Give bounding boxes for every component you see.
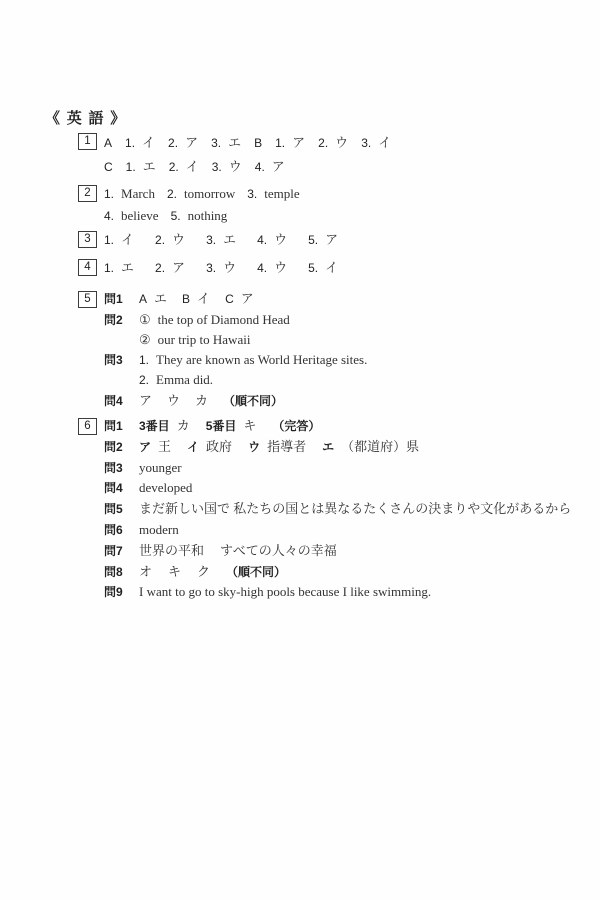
answer-cell: younger (139, 458, 182, 478)
answer-cells: younger (139, 458, 182, 478)
answer-key-segment: 1. (104, 257, 114, 279)
answer-cell: ア (139, 391, 152, 411)
answer-cell: すべての人々の幸福 (220, 541, 337, 561)
answer-value-segment: エ (121, 257, 134, 279)
answer-value-segment: our trip to Hawaii (158, 330, 251, 350)
answer-cell: 4.ウ (257, 257, 287, 279)
answer-value-segment: ア (292, 131, 305, 154)
answer-cells: 1.エ2.ア3.ウ4.ウ5.イ (104, 257, 338, 279)
answer-value-segment: March (121, 183, 155, 205)
answer-cell: エ（都道府）県 (322, 437, 419, 458)
answer-cells: 1.March2.tomorrow3.temple (104, 183, 300, 205)
answer-row: 問9I want to go to sky-high pools because… (104, 582, 571, 603)
answer-value-segment: カ (195, 391, 208, 411)
answer-value-segment: ウ (229, 155, 242, 178)
section-rows: A1.イ2.ア3.エB1.ア2.ウ3.イC1.エ2.イ3.ウ4.ア (104, 131, 391, 179)
answer-value-segment: 世界の平和 (139, 541, 204, 561)
answer-key-segment: 3. (361, 132, 371, 155)
question-label: 問2 (104, 438, 139, 458)
answer-value-segment: オ (139, 562, 152, 582)
section-rows: 1.エ2.ア3.ウ4.ウ5.イ (104, 257, 338, 279)
answer-value-segment: カ (177, 416, 190, 436)
answer-key-segment: 3. (211, 132, 221, 155)
answer-row: 問8オキク（順不同） (104, 562, 571, 583)
answer-value-segment: Emma did. (156, 370, 213, 390)
answer-key-segment: 5. (308, 229, 318, 251)
answer-value-segment: ウ (223, 257, 236, 279)
answer-key-segment: C (225, 290, 234, 310)
answer-row: 問2①the top of Diamond Head (104, 310, 367, 331)
question-label: 問9 (104, 583, 139, 603)
section-rows: 1.March2.tomorrow3.temple4.believe5.noth… (104, 183, 300, 227)
answer-row: 問1AエBイCア (104, 289, 367, 310)
section-block: 5問1AエBイCア問2①the top of Diamond Head②our … (78, 289, 367, 412)
answer-cell: 1.ア (275, 131, 305, 155)
question-label: 問5 (104, 500, 139, 520)
answer-value-segment: イ (186, 155, 199, 178)
question-label: 問8 (104, 563, 139, 583)
answer-value-segment: ア (172, 257, 185, 279)
question-label: 問3 (104, 459, 139, 479)
question-label: 問1 (104, 417, 139, 437)
answer-cell: 世界の平和 (139, 541, 204, 561)
answer-cell: 3.エ (206, 229, 236, 251)
section-rows: 1.イ2.ウ3.エ4.ウ5.ア (104, 229, 338, 251)
answer-cells: A1.イ2.ア3.エB1.ア2.ウ3.イ (104, 131, 391, 155)
answer-cell: キ (168, 562, 181, 582)
answer-key-segment: 3. (212, 156, 222, 179)
section-number-box: 4 (78, 259, 97, 276)
answer-key-segment: （順不同） (223, 392, 283, 412)
answer-value-segment: エ (228, 131, 241, 154)
section-block: 41.エ2.ア3.ウ4.ウ5.イ (78, 257, 338, 279)
answer-value-segment: ク (197, 562, 210, 582)
answer-value-segment: ウ (274, 257, 287, 279)
answer-key-segment: イ (187, 438, 199, 458)
answer-cells: AエBイCア (139, 289, 254, 310)
answer-cell: 4.ア (255, 155, 285, 179)
answer-key-segment: 2. (155, 257, 165, 279)
section-block: 6問13番目カ5番目キ（完答）問2ア王イ政府ウ指導者エ（都道府）県問3young… (78, 416, 571, 603)
answer-cell: I want to go to sky-high pools because I… (139, 582, 431, 602)
answer-key-segment: 3. (206, 257, 216, 279)
answer-value-segment: ② (139, 330, 151, 350)
answer-cell: ②our trip to Hawaii (139, 330, 250, 350)
answer-value-segment: believe (121, 205, 159, 227)
answer-cell: ウ (167, 391, 180, 411)
answer-row: 問4アウカ（順不同） (104, 391, 367, 412)
answer-cell: developed (139, 478, 192, 498)
answer-cells: 3番目カ5番目キ（完答） (139, 416, 320, 437)
answer-row: 問3younger (104, 458, 571, 479)
answer-row: 4.believe5.nothing (104, 205, 300, 227)
question-label: 問6 (104, 521, 139, 541)
answer-cell: 2.ア (155, 257, 185, 279)
answer-row: 問4developed (104, 478, 571, 499)
answer-key-segment: 2. (155, 229, 165, 251)
answer-cell: C (104, 156, 113, 179)
answer-cell: 3番目カ (139, 416, 190, 437)
answer-cell: （順不同） (226, 563, 286, 583)
answer-row: 問31.They are known as World Heritage sit… (104, 350, 367, 371)
answer-row: 1.イ2.ウ3.エ4.ウ5.ア (104, 229, 338, 251)
answer-cell: B (254, 132, 262, 155)
answer-cell: 4.ウ (257, 229, 287, 251)
answer-row: 2.Emma did. (104, 370, 367, 391)
section-number-box: 2 (78, 185, 97, 202)
answer-cell: 1.イ (125, 131, 155, 155)
answer-key-segment: 1. (104, 183, 114, 205)
answer-value-segment: tomorrow (184, 183, 235, 205)
answer-row: A1.イ2.ア3.エB1.ア2.ウ3.イ (104, 131, 391, 155)
answer-cell: 3.イ (361, 131, 391, 155)
answer-cell: 1.They are known as World Heritage sites… (139, 350, 367, 371)
answer-value-segment: ア (185, 131, 198, 154)
answer-value-segment: modern (139, 520, 179, 540)
answer-cells: 2.Emma did. (139, 370, 213, 391)
answer-value-segment: temple (264, 183, 299, 205)
answer-key-segment: 1. (104, 229, 114, 251)
answer-key-segment: B (254, 132, 262, 155)
answer-value-segment: ウ (274, 229, 287, 251)
answer-cells: developed (139, 478, 192, 498)
answer-key-segment: 5番目 (206, 417, 237, 437)
answer-cell: 1.イ (104, 229, 134, 251)
answer-key-segment: B (182, 290, 190, 310)
answer-cell: 2.Emma did. (139, 370, 213, 391)
answer-cells: オキク（順不同） (139, 562, 286, 583)
answer-key-segment: 5. (171, 205, 181, 227)
answer-row: 1.March2.tomorrow3.temple (104, 183, 300, 205)
answer-cells: modern (139, 520, 179, 540)
answer-cells: ア王イ政府ウ指導者エ（都道府）県 (139, 437, 419, 458)
answer-key-segment: 1. (139, 351, 149, 371)
answer-key-segment: 2. (169, 156, 179, 179)
answer-row: C1.エ2.イ3.ウ4.ア (104, 155, 391, 179)
answer-value-segment: ウ (335, 131, 348, 154)
answer-cell: ク (197, 562, 210, 582)
answer-key-segment: C (104, 156, 113, 179)
answer-cell: （完答） (272, 417, 320, 437)
section-block: 21.March2.tomorrow3.temple4.believe5.not… (78, 183, 300, 227)
answer-key-segment: 1. (125, 132, 135, 155)
answer-cell: 4.believe (104, 205, 159, 227)
answer-value-segment: （都道府）県 (341, 437, 419, 457)
answer-row: 問2ア王イ政府ウ指導者エ（都道府）県 (104, 437, 571, 458)
answer-key-segment: 1. (126, 156, 136, 179)
question-label: 問2 (104, 311, 139, 331)
answer-key-segment: ア (139, 438, 151, 458)
answer-key-segment: A (139, 290, 147, 310)
answer-cell: 3.エ (211, 131, 241, 155)
answer-cell: Cア (225, 289, 254, 310)
answer-cell: ア王 (139, 437, 171, 458)
section-number-box: 6 (78, 418, 97, 435)
answer-cell: 3.temple (247, 183, 299, 205)
answer-row: 問13番目カ5番目キ（完答） (104, 416, 571, 437)
question-label: 問4 (104, 392, 139, 412)
answer-cells: ②our trip to Hawaii (139, 330, 250, 350)
answer-row: ②our trip to Hawaii (104, 330, 367, 350)
answer-value-segment: イ (378, 131, 391, 154)
answer-cells: 4.believe5.nothing (104, 205, 227, 227)
answer-cell: 2.tomorrow (167, 183, 235, 205)
answer-cells: 1.They are known as World Heritage sites… (139, 350, 367, 371)
answer-cell: 2.イ (169, 155, 199, 179)
answer-value-segment: ア (241, 289, 254, 309)
answer-cell: 1.エ (104, 257, 134, 279)
section-block: 1A1.イ2.ア3.エB1.ア2.ウ3.イC1.エ2.イ3.ウ4.ア (78, 131, 391, 179)
answer-value-segment: ア (325, 229, 338, 251)
answer-cell: 5.nothing (171, 205, 228, 227)
section-rows: 問1AエBイCア問2①the top of Diamond Head②our t… (104, 289, 367, 412)
answer-sheet-page: 《 英 語 》 1A1.イ2.ア3.エB1.ア2.ウ3.イC1.エ2.イ3.ウ4… (0, 0, 600, 900)
answer-cell: Bイ (182, 289, 210, 310)
answer-value-segment: ア (139, 391, 152, 411)
answer-key-segment: A (104, 132, 112, 155)
answer-cell: 2.ア (168, 131, 198, 155)
answer-key-segment: 3番目 (139, 417, 170, 437)
answer-value-segment: イ (197, 289, 210, 309)
answer-value-segment: I want to go to sky-high pools because I… (139, 582, 431, 602)
answer-cell: modern (139, 520, 179, 540)
answer-value-segment: イ (142, 131, 155, 154)
answer-cells: まだ新しい国で 私たちの国とは異なるたくさんの決まりや文化があるから (139, 499, 571, 519)
answer-key-segment: ウ (248, 438, 260, 458)
answer-key-segment: 4. (257, 257, 267, 279)
answer-cell: 5.イ (308, 257, 338, 279)
page-title: 《 英 語 》 (45, 107, 127, 128)
answer-value-segment: イ (121, 229, 134, 251)
section-number-box: 1 (78, 133, 97, 150)
answer-key-segment: 1. (275, 132, 285, 155)
answer-value-segment: ① (139, 310, 151, 330)
question-label: 問1 (104, 290, 139, 310)
answer-value-segment: 指導者 (267, 437, 306, 457)
answer-cells: C1.エ2.イ3.ウ4.ア (104, 155, 285, 179)
answer-key-segment: 4. (255, 156, 265, 179)
answer-value-segment: イ (325, 257, 338, 279)
answer-value-segment: younger (139, 458, 182, 478)
answer-key-segment: 3. (206, 229, 216, 251)
answer-value-segment: キ (243, 416, 256, 436)
answer-value-segment: ウ (167, 391, 180, 411)
answer-cell: 2.ウ (318, 131, 348, 155)
answer-cell: 3.ウ (206, 257, 236, 279)
answer-key-segment: （順不同） (226, 563, 286, 583)
question-label: 問4 (104, 479, 139, 499)
answer-cell: カ (195, 391, 208, 411)
answer-row: 問6modern (104, 520, 571, 541)
answer-cell: まだ新しい国で 私たちの国とは異なるたくさんの決まりや文化があるから (139, 499, 571, 519)
answer-key-segment: 2. (318, 132, 328, 155)
answer-cells: I want to go to sky-high pools because I… (139, 582, 431, 602)
answer-row: 問7世界の平和すべての人々の幸福 (104, 541, 571, 562)
answer-key-segment: 5. (308, 257, 318, 279)
answer-key-segment: 4. (104, 205, 114, 227)
answer-value-segment: nothing (188, 205, 228, 227)
answer-key-segment: 2. (139, 371, 149, 391)
answer-cells: ①the top of Diamond Head (139, 310, 290, 330)
answer-key-segment: 4. (257, 229, 267, 251)
answer-cell: A (104, 132, 112, 155)
question-label: 問7 (104, 542, 139, 562)
answer-cell: 1.エ (126, 155, 156, 179)
answer-cell: 2.ウ (155, 229, 185, 251)
answer-value-segment: キ (168, 562, 181, 582)
section-number-box: 3 (78, 231, 97, 248)
answer-cell: Aエ (139, 289, 167, 310)
answer-value-segment: まだ新しい国で 私たちの国とは異なるたくさんの決まりや文化があるから (139, 499, 571, 519)
answer-row: 1.エ2.ア3.ウ4.ウ5.イ (104, 257, 338, 279)
question-label: 問3 (104, 351, 139, 371)
answer-cell: 3.ウ (212, 155, 242, 179)
section-rows: 問13番目カ5番目キ（完答）問2ア王イ政府ウ指導者エ（都道府）県問3younge… (104, 416, 571, 603)
answer-key-segment: 2. (168, 132, 178, 155)
section-number-box: 5 (78, 291, 97, 308)
section-block: 31.イ2.ウ3.エ4.ウ5.ア (78, 229, 338, 251)
answer-value-segment: They are known as World Heritage sites. (156, 350, 367, 370)
answer-cell: ウ指導者 (248, 437, 306, 458)
answer-key-segment: （完答） (272, 417, 320, 437)
answer-key-segment: エ (322, 438, 334, 458)
answer-cell: （順不同） (223, 392, 283, 412)
answer-value-segment: エ (223, 229, 236, 251)
answer-cell: 5.ア (308, 229, 338, 251)
answer-cells: アウカ（順不同） (139, 391, 283, 412)
answer-cell: ①the top of Diamond Head (139, 310, 290, 330)
answer-cell: イ政府 (187, 437, 232, 458)
answer-value-segment: ウ (172, 229, 185, 251)
answer-value-segment: エ (154, 289, 167, 309)
answer-cell: 5番目キ (206, 416, 257, 437)
answer-row: 問5まだ新しい国で 私たちの国とは異なるたくさんの決まりや文化があるから (104, 499, 571, 520)
answer-cell: 1.March (104, 183, 155, 205)
answer-value-segment: エ (143, 155, 156, 178)
answer-value-segment: ア (272, 155, 285, 178)
answer-key-segment: 3. (247, 183, 257, 205)
answer-cells: 1.イ2.ウ3.エ4.ウ5.ア (104, 229, 338, 251)
answer-key-segment: 2. (167, 183, 177, 205)
answer-value-segment: developed (139, 478, 192, 498)
answer-cell: オ (139, 562, 152, 582)
answer-value-segment: 政府 (206, 437, 232, 457)
answer-cells: 世界の平和すべての人々の幸福 (139, 541, 337, 561)
answer-value-segment: the top of Diamond Head (158, 310, 290, 330)
answer-value-segment: すべての人々の幸福 (220, 541, 337, 561)
answer-value-segment: 王 (158, 437, 171, 457)
